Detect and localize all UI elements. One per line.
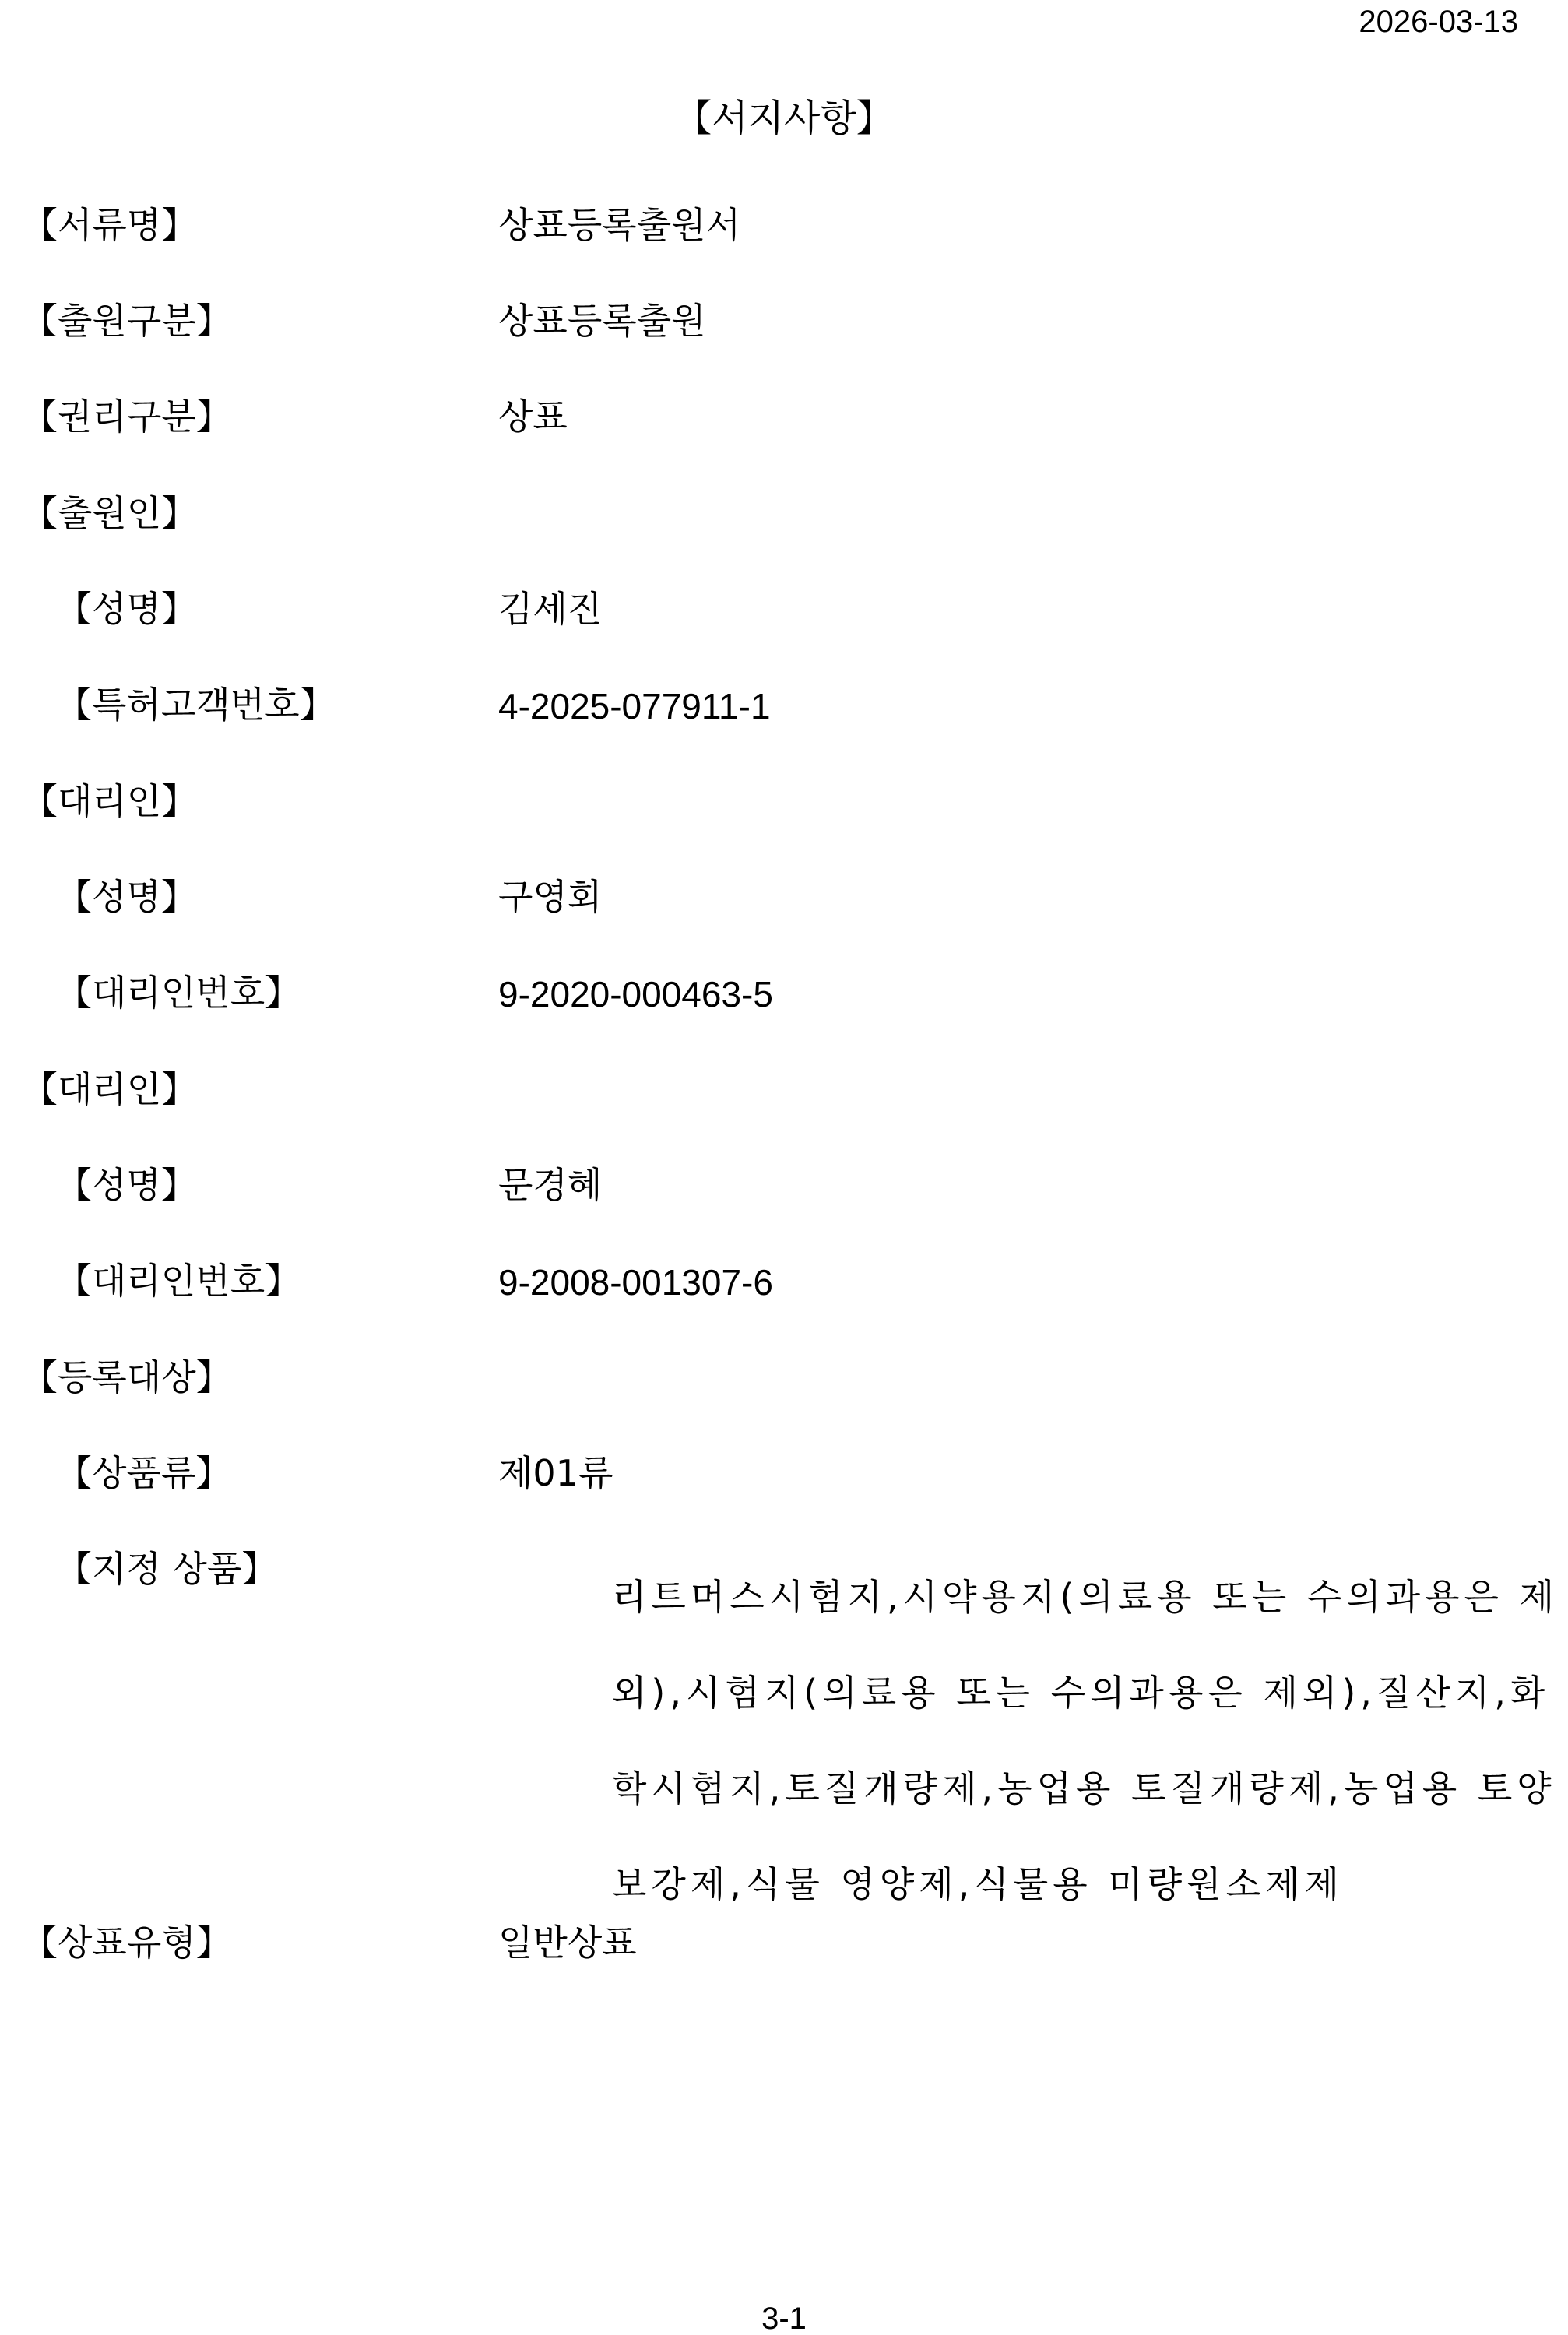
document-date: 2026-03-13 [1359,6,1518,37]
right-type-value: 상표 [498,399,568,434]
agent2-label: 【대리인】 [22,1071,197,1107]
doc-name-value: 상표등록출원서 [498,207,740,243]
agent2-name: 문경혜 [498,1167,602,1203]
applicant-code-label: 【특허고객번호】 [56,687,336,723]
goods-label: 【지정 상품】 [56,1551,277,1587]
class-label: 【상품류】 [56,1455,231,1491]
page-title: 【서지사항】 [0,100,1568,137]
agent1-label: 【대리인】 [22,783,197,819]
agent1-code-label: 【대리인번호】 [56,975,301,1011]
class-value: 제01류 [498,1455,613,1491]
page-number: 3-1 [0,2303,1568,2334]
applicant-code: 4-2025-077911-1 [498,688,771,724]
agent2-name-label: 【성명】 [56,1167,197,1203]
mark-type-value: 일반상표 [498,1925,637,1960]
app-type-value: 상표등록출원 [498,303,706,339]
registration-label: 【등록대상】 [22,1359,232,1395]
agent1-name: 구영회 [498,879,602,915]
right-type-label: 【권리구분】 [22,399,232,434]
doc-name-label: 【서류명】 [22,207,197,243]
designated-goods: 리트머스시험지,시약용지(의료용 또는 수의과용은 제 외),시험지(의료용 또… [612,1549,1568,1932]
goods-line: 학시험지,토질개량제,농업용 토질개량제,농업용 토양 [612,1741,1568,1837]
agent2-code: 9-2008-001307-6 [498,1264,773,1300]
app-type-label: 【출원구분】 [22,303,232,339]
applicant-label: 【출원인】 [22,495,197,531]
goods-line: 리트머스시험지,시약용지(의료용 또는 수의과용은 제 [612,1549,1568,1645]
agent2-code-label: 【대리인번호】 [56,1263,301,1299]
agent1-code: 9-2020-000463-5 [498,976,773,1012]
applicant-name-label: 【성명】 [56,591,197,627]
goods-line: 외),시험지(의료용 또는 수의과용은 제외),질산지,화 [612,1645,1568,1741]
goods-line: 보강제,식물 영양제,식물용 미량원소제제 [612,1837,1568,1932]
mark-type-label: 【상표유형】 [22,1925,232,1960]
applicant-name: 김세진 [498,591,602,627]
agent1-name-label: 【성명】 [56,879,197,915]
